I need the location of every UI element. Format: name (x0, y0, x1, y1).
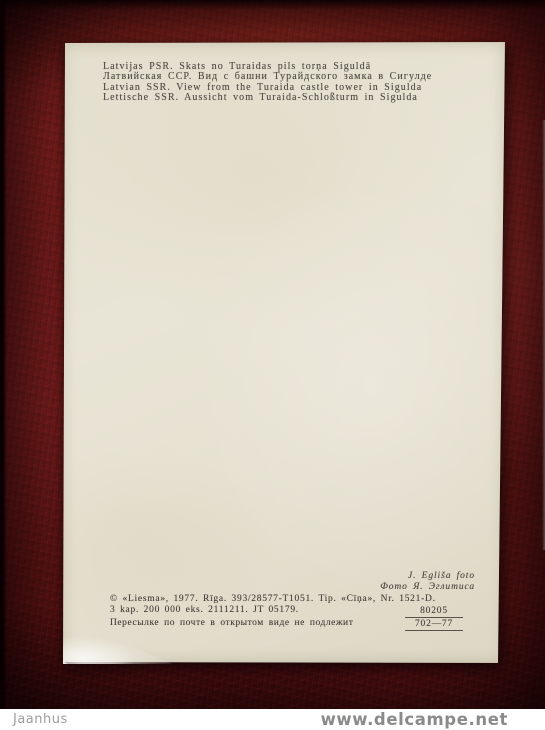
catalog-code-bottom: 702—77 (405, 618, 463, 631)
publisher-imprint-block: © «Liesma», 1977. Rīga. 393/28577-T1051.… (110, 594, 436, 616)
catalog-code-stack: 80205 702—77 (405, 606, 463, 631)
postcard-back: Latvijas PSR. Skats no Turaidas pils tor… (60, 41, 506, 664)
mailing-restriction-note: Пересылке по почте в открытом виде не по… (110, 618, 353, 628)
photo-credit-latvian: J. Egliša foto (380, 571, 475, 582)
imprint-line-publisher: © «Liesma», 1977. Rīga. 393/28577-T1051.… (110, 594, 436, 605)
watermark-bar: Jaanhus www.delcampe.net (0, 709, 545, 730)
caption-german: Lettische SSR. Aussicht vom Turaida-Schl… (103, 93, 432, 103)
imprint-line-edition: 3 kap. 200 000 eks. 2111211. JT 05179. (110, 605, 436, 616)
caption-block: Latvijas PSR. Skats no Turaidas pils tor… (103, 62, 432, 104)
seller-watermark: Jaanhus (13, 712, 68, 727)
catalog-code-top: 80205 (405, 606, 463, 618)
photo-credit-block: J. Egliša foto Фото Я. Эглитиса (380, 571, 475, 593)
photo-credit-russian: Фото Я. Эглитиса (380, 582, 475, 593)
delcampe-watermark: www.delcampe.net (321, 710, 508, 729)
photo-scene: Latvijas PSR. Skats no Turaidas pils tor… (0, 0, 545, 730)
